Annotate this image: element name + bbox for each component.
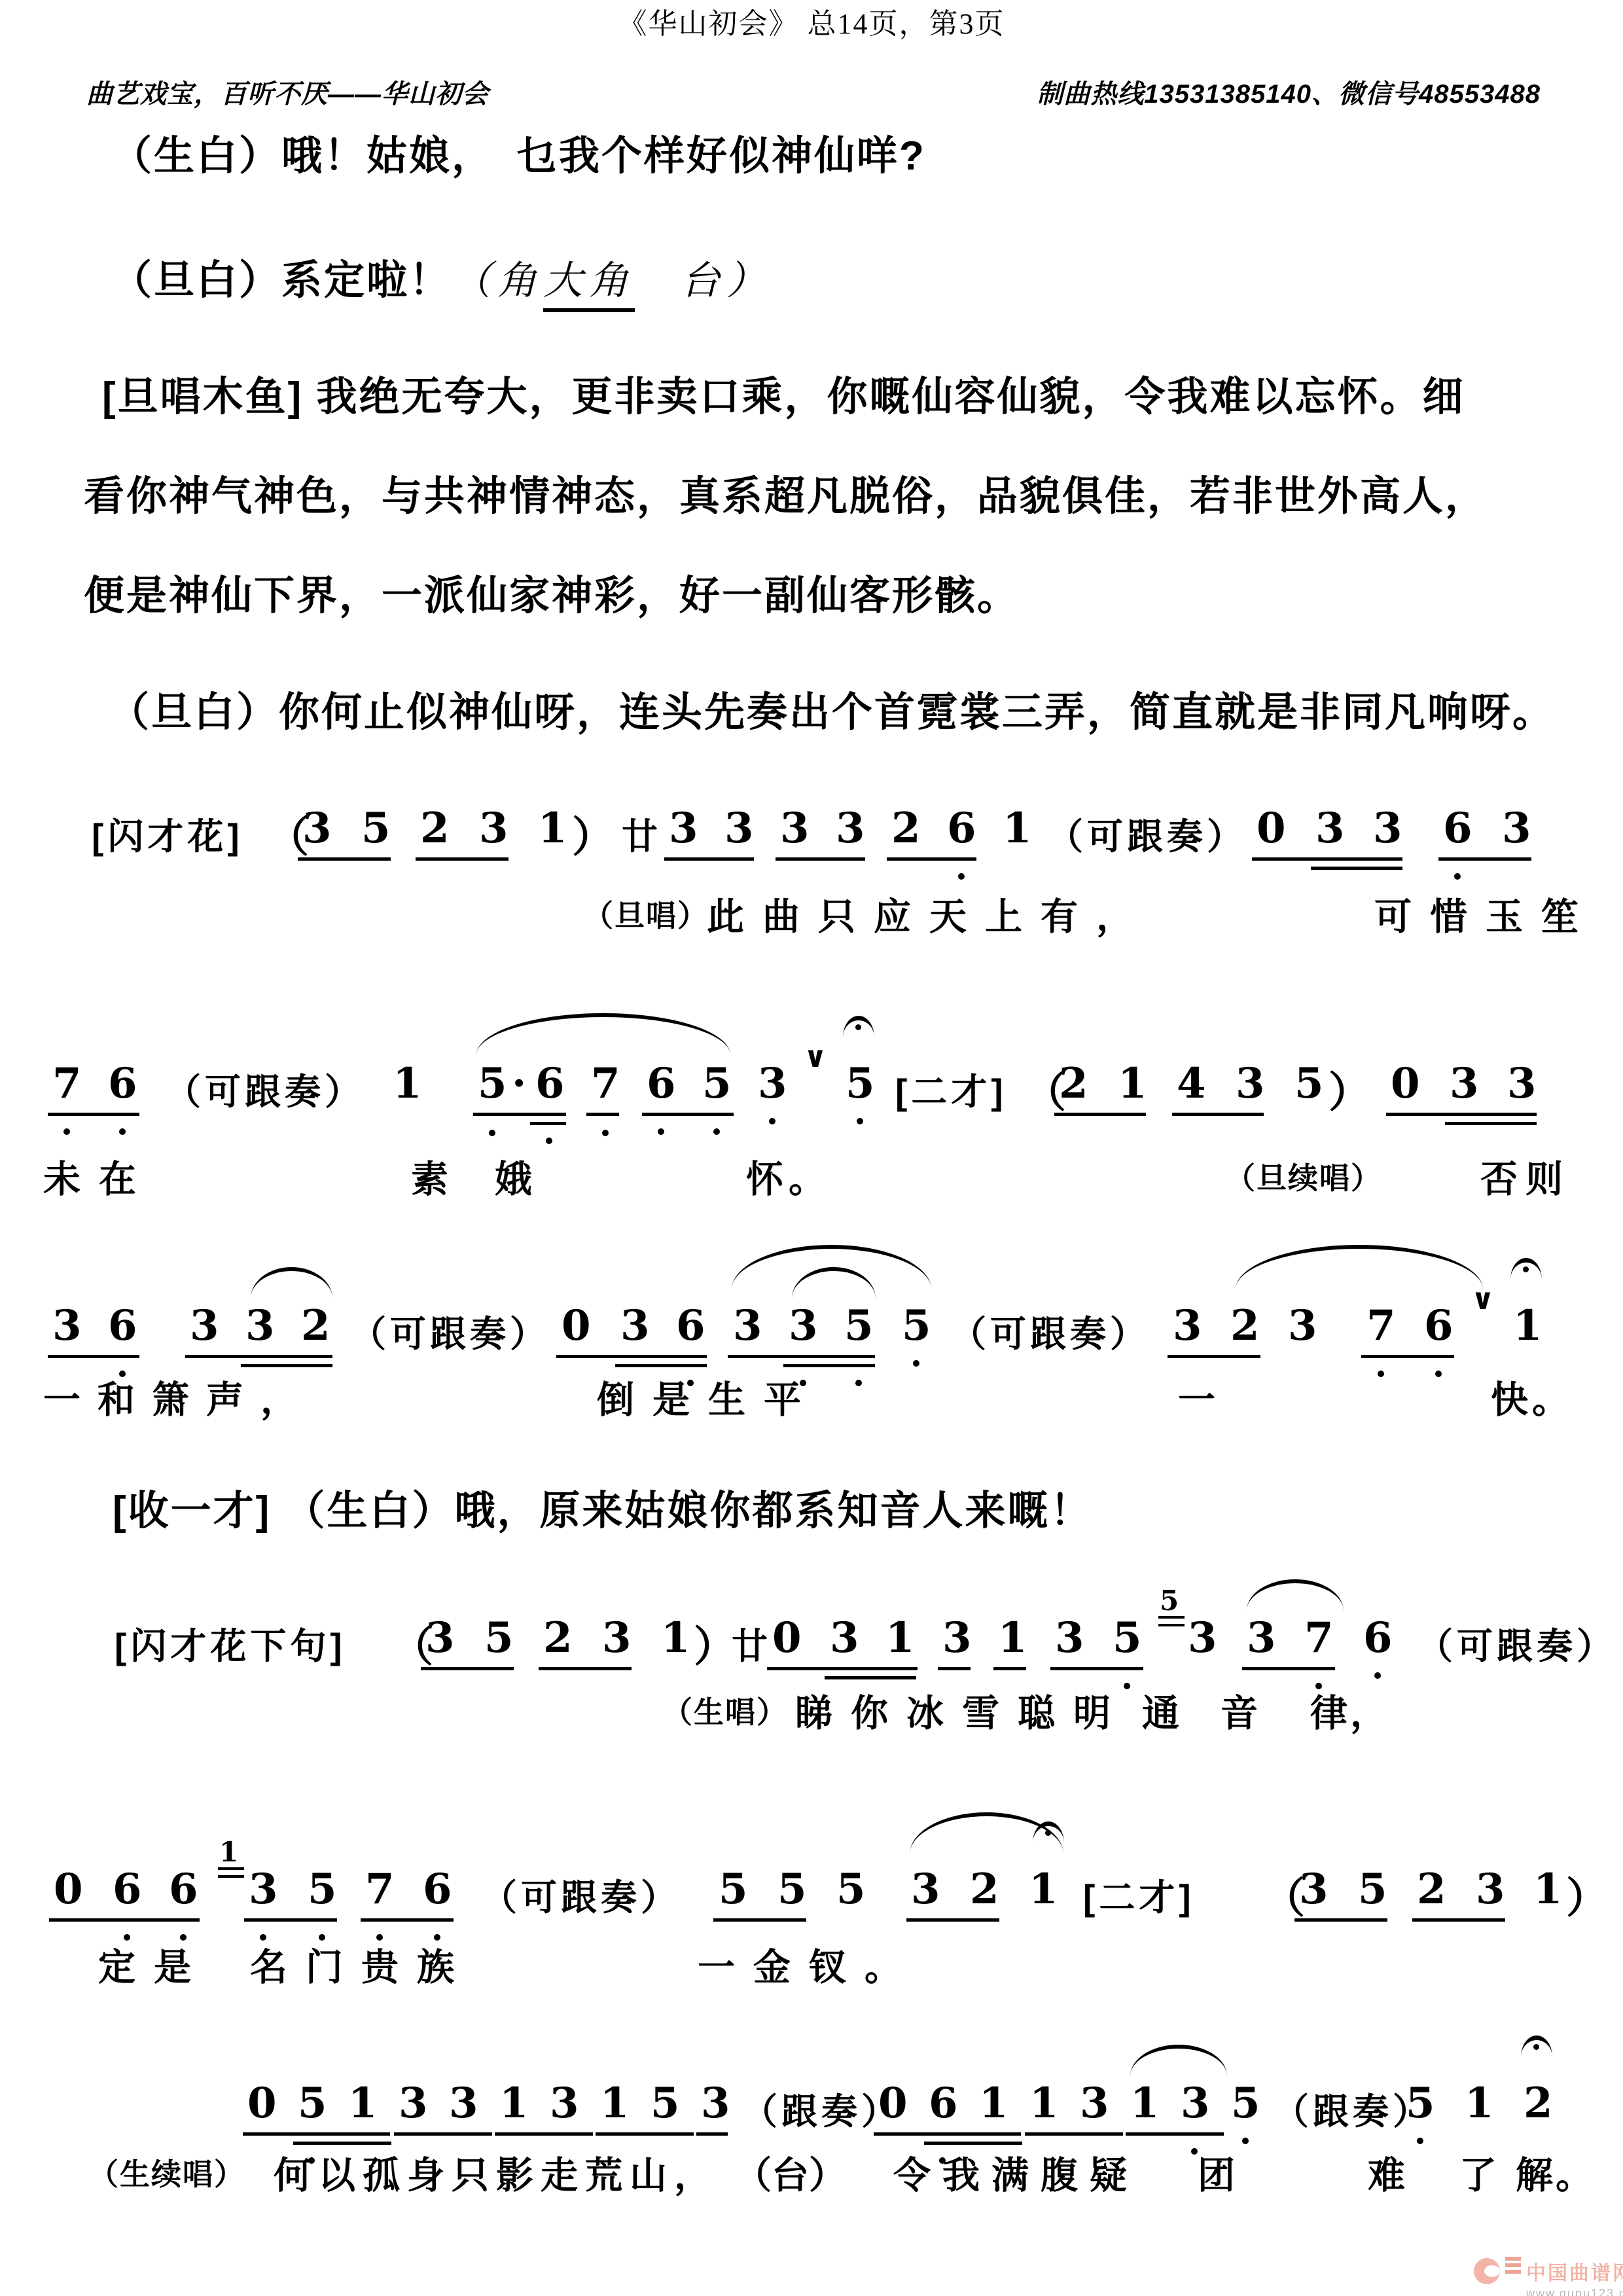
- lyric-text: 团: [1198, 2145, 1235, 2199]
- percussion-script-text: （角: [452, 249, 543, 306]
- octave-dot: [1454, 873, 1461, 880]
- note-digit: 3: [1288, 1301, 1317, 1350]
- note-digit: 0: [1391, 1059, 1420, 1108]
- note-digit: 2: [301, 1301, 330, 1350]
- octave-dot: [1242, 2138, 1249, 2144]
- beam-line: [1386, 1113, 1537, 1116]
- note-digit: 7: [1304, 1613, 1334, 1662]
- note-digit: 3: [52, 1301, 82, 1350]
- lyric-text: （台）: [734, 2145, 846, 2199]
- music-label: 廿: [732, 1617, 772, 1669]
- note-digit: 6: [676, 1301, 705, 1350]
- music-label: （跟奏）: [741, 2083, 901, 2134]
- note-digit: 1: [885, 1613, 915, 1662]
- breath-mark-icon: ∨: [1471, 1283, 1495, 1316]
- note-digit: 3: [620, 1301, 650, 1350]
- note-digit: 6: [1424, 1301, 1454, 1350]
- dialogue-line-3: [旦唱木鱼] 我绝无夸大，更非卖口乘，你嘅仙容仙貌，令我难以忘怀。细: [102, 364, 1465, 422]
- header-left: 曲艺戏宝，百听不厌——华山初会: [86, 73, 489, 111]
- beam-line: [1252, 857, 1402, 861]
- watermark: 中国曲谱网 www.qupu123.com: [1474, 2257, 1623, 2296]
- lyric-role-label: （旦续唱）: [1225, 1155, 1382, 1198]
- lyric-text: 一和箫声，: [43, 1370, 315, 1424]
- note-digit: ）: [1566, 1865, 1608, 1925]
- note-digit: 5: [902, 1301, 931, 1350]
- beam-line: [776, 857, 865, 861]
- octave-dot: [1191, 2148, 1198, 2155]
- note-digit: 5: [836, 1865, 866, 1914]
- music-label: （可跟奏）: [165, 1063, 365, 1115]
- note-digit: 3: [836, 804, 865, 853]
- beam-line: [243, 2132, 390, 2136]
- note-digit: 0: [562, 1301, 591, 1350]
- grace-note: 5: [1160, 1585, 1179, 1617]
- note-digit: 6: [113, 1865, 142, 1914]
- note-digit: 5: [1294, 1059, 1324, 1108]
- note-digit: 2: [891, 804, 921, 853]
- beam-line: [361, 1918, 454, 1922]
- dialogue-text: （生白）哦！姑娘， 乜我个样好似神仙咩?: [111, 123, 926, 181]
- music-label: [二才]: [1083, 1869, 1195, 1920]
- note-digit: 3: [302, 804, 332, 853]
- grace-beam: [218, 1875, 244, 1878]
- note-digit: 3: [1247, 1613, 1276, 1662]
- note-digit: 5: [361, 804, 391, 853]
- dialogue-text: 便是神仙下界，一派仙家神彩，好一副仙客形骸。: [84, 563, 1020, 621]
- note-digit: 1: [393, 1059, 422, 1108]
- dialogue-line-7: [收一才] （生白）哦，原来姑娘你都系知音人来嘅！: [113, 1478, 1093, 1536]
- note-digit: ·: [512, 1059, 526, 1108]
- octave-dot: [602, 1130, 609, 1136]
- beam-line: [664, 857, 754, 861]
- beam-line: [713, 1918, 806, 1922]
- note-digit: 6: [108, 1059, 137, 1108]
- note-digit: 3: [1055, 1613, 1084, 1662]
- note-digit: 3: [1299, 1865, 1329, 1914]
- note-digit: 3: [1507, 1059, 1537, 1108]
- lyric-text: 通: [1142, 1683, 1179, 1737]
- note-digit: 7: [365, 1865, 395, 1914]
- octave-dot: [958, 873, 965, 880]
- beam-line: [642, 1113, 734, 1116]
- note-digit: 3: [249, 1865, 278, 1914]
- note-digit: 5: [478, 1059, 507, 1108]
- note-digit: 5: [651, 2079, 680, 2128]
- note-digit: 5: [1358, 1865, 1387, 1914]
- footer-page-info: 《华山初会》 总14页，第3页: [0, 0, 1623, 42]
- note-digit: 0: [54, 1865, 83, 1914]
- note-digit: 6: [1443, 804, 1472, 853]
- note-digit: 3: [780, 804, 810, 853]
- fermata-dot: [1523, 1266, 1529, 1272]
- note-digit: 2: [1230, 1301, 1260, 1350]
- watermark-url: www.qupu123.com: [1526, 2287, 1623, 2296]
- beam-line: [783, 1364, 875, 1367]
- grace-note: 1: [219, 1836, 238, 1868]
- note-digit: 5: [308, 1865, 337, 1914]
- note-digit: 5: [777, 1865, 807, 1914]
- lyric-text: 律，: [1310, 1683, 1390, 1737]
- lyric-text: 素: [411, 1149, 448, 1203]
- dialogue-text: [旦唱木鱼] 我绝无夸大，更非卖口乘，你嘅仙容仙貌，令我难以忘怀。细: [102, 364, 1465, 422]
- breath-mark-icon: ∨: [804, 1041, 827, 1074]
- note-digit: 1: [1513, 1301, 1543, 1350]
- beam-line: [495, 2132, 593, 2136]
- octave-dot: [63, 1128, 70, 1135]
- lyric-text: 睇你冰雪聪明: [795, 1683, 1129, 1737]
- note-digit: 1: [1029, 1865, 1058, 1914]
- note-digit: 3: [245, 1301, 275, 1350]
- beam-line: [1025, 2132, 1123, 2136]
- note-digit: 0: [772, 1613, 802, 1662]
- beam-line: [244, 1918, 337, 1922]
- note-digit: 3: [758, 1059, 787, 1108]
- slur: [1130, 2045, 1227, 2076]
- music-label: （可跟奏）: [350, 1305, 550, 1357]
- note-digit: 6: [535, 1059, 565, 1108]
- lyric-text: 了: [1459, 2145, 1497, 2199]
- watermark-logo-icon: [1474, 2257, 1521, 2286]
- grace-beam: [218, 1867, 244, 1870]
- beam-line: [1294, 1918, 1387, 1922]
- note-digit: 3: [1236, 1059, 1265, 1108]
- note-digit: 3: [602, 1613, 632, 1662]
- beam-line: [1445, 1122, 1537, 1125]
- note-digit: ）: [1329, 1059, 1370, 1119]
- music-label: （可跟奏）: [481, 1869, 681, 1920]
- note-digit: 1: [1465, 2079, 1494, 2128]
- lyric-role-label: （生唱）: [662, 1689, 788, 1732]
- music-label: [闪才花下句]: [115, 1617, 346, 1669]
- beam-line: [298, 857, 391, 861]
- note-digit: 0: [1257, 804, 1286, 853]
- lyric-text: 名门贵族: [250, 1937, 473, 1991]
- beam-line: [421, 1667, 514, 1670]
- note-digit: 0: [247, 2079, 277, 2128]
- note-digit: 3: [550, 2079, 579, 2128]
- octave-dot: [1435, 1371, 1442, 1377]
- beam-line: [993, 1667, 1026, 1670]
- beam-line: [185, 1355, 332, 1358]
- dialogue-line-4: 看你神气神色，与共神情神态，真系超凡脱俗，品貌俱佳，若非世外高人，: [84, 463, 1488, 522]
- note-digit: 2: [970, 1865, 999, 1914]
- note-digit: 3: [1476, 1865, 1505, 1914]
- dialogue-text: [收一才] （生白）哦，原来姑娘你都系知音人来嘅！: [113, 1478, 1093, 1536]
- slur: [476, 1013, 730, 1055]
- dialogue-text: （旦白）系定啦！: [111, 247, 452, 306]
- beam-line: [1126, 2132, 1224, 2136]
- note-digit: 6: [647, 1059, 676, 1108]
- note-digit: 1: [538, 804, 567, 853]
- note-digit: 2: [1417, 1865, 1446, 1914]
- dialogue-line-5: 便是神仙下界，一派仙家神彩，好一副仙客形骸。: [84, 563, 1020, 621]
- fermata-dot: [855, 1024, 861, 1030]
- fermata-dot: [1045, 1830, 1051, 1836]
- note-digit: 3: [425, 1613, 455, 1662]
- slur: [1247, 1579, 1344, 1611]
- beam-line: [1311, 867, 1402, 870]
- note-digit: 3: [1188, 1613, 1217, 1662]
- beam-line: [615, 1364, 707, 1367]
- octave-dot: [1374, 1672, 1381, 1679]
- octave-dot: [658, 1128, 664, 1135]
- note-digit: 3: [1373, 804, 1402, 853]
- note-digit: 5: [844, 1301, 874, 1350]
- lyric-text: 何以孤身只影走荒山，: [274, 2145, 719, 2199]
- octave-dot: [489, 1130, 495, 1136]
- slur: [1236, 1245, 1483, 1289]
- fermata-dot: [1533, 2044, 1539, 2050]
- beam-line: [728, 1355, 875, 1358]
- dialogue-line-2: （旦白）系定啦！（角大角 台）: [111, 247, 772, 312]
- note-digit: 3: [1080, 2079, 1109, 2128]
- beam-line: [473, 1113, 566, 1116]
- note-digit: 3: [911, 1865, 940, 1914]
- octave-dot: [913, 1360, 919, 1367]
- lyric-text: 一: [1178, 1370, 1215, 1424]
- octave-dot: [713, 1128, 720, 1135]
- note-digit: 6: [1363, 1613, 1393, 1662]
- note-digit: 5: [1231, 2079, 1260, 2128]
- octave-dot: [546, 1138, 552, 1144]
- beam-line: [539, 1667, 632, 1670]
- music-label: 廿: [622, 808, 662, 859]
- note-digit: 2: [420, 804, 450, 853]
- note-digit: 2: [1059, 1059, 1088, 1108]
- note-digit: 5: [846, 1059, 875, 1108]
- note-digit: 7: [1366, 1301, 1396, 1350]
- slur: [732, 1245, 931, 1289]
- beam-line: [416, 857, 508, 861]
- beam-line: [1242, 1667, 1335, 1670]
- note-digit: 4: [1177, 1059, 1206, 1108]
- note-digit: 6: [947, 804, 976, 853]
- percussion-script-text: 大角: [543, 249, 635, 312]
- note-digit: 1: [1130, 2079, 1160, 2128]
- note-digit: 3: [449, 2079, 478, 2128]
- note-digit: 3: [1173, 1301, 1202, 1350]
- lyric-role-label: （生续唱）: [88, 2151, 245, 2194]
- beam-line: [696, 2132, 728, 2136]
- dialogue-text: 看你神气神色，与共神情神态，真系超凡脱俗，品貌俱佳，若非世外高人，: [84, 463, 1488, 522]
- lyric-text: 此曲只应天上有，: [707, 887, 1152, 941]
- note-digit: 3: [789, 1301, 818, 1350]
- percussion-script-text: 台）: [635, 249, 772, 306]
- note-digit: 5: [702, 1059, 732, 1108]
- music-label: （可跟奏）: [1047, 808, 1247, 859]
- note-digit: 3: [724, 804, 754, 853]
- beam-line: [293, 2142, 391, 2145]
- note-digit: 6: [929, 2079, 958, 2128]
- lyric-text: 音: [1221, 1683, 1258, 1737]
- music-label: （可跟奏）: [950, 1305, 1150, 1357]
- note-digit: 1: [661, 1613, 690, 1662]
- lyric-text: 娥: [495, 1149, 532, 1203]
- beam-line: [1412, 1918, 1505, 1922]
- dialogue-text: （旦白）你何止似神仙呀，连头先奏出个首霓裳三弄，简直就是非同凡响呀。: [109, 679, 1555, 738]
- note-digit: 1: [1029, 2079, 1059, 2128]
- grace-beam: [1158, 1624, 1185, 1626]
- octave-dot: [855, 1380, 862, 1386]
- grace-beam: [1158, 1616, 1185, 1619]
- lyric-text: 难: [1368, 2145, 1405, 2199]
- note-digit: 5: [484, 1613, 514, 1662]
- note-digit: 6: [108, 1301, 137, 1350]
- note-digit: 3: [1502, 804, 1531, 853]
- lyric-text: 一金钗。: [698, 1937, 920, 1991]
- note-digit: 2: [543, 1613, 573, 1662]
- beam-line: [1361, 1355, 1454, 1358]
- lyric-text: 快。: [1491, 1370, 1573, 1424]
- note-digit: 3: [1450, 1059, 1479, 1108]
- lyric-text: 未在: [43, 1149, 154, 1203]
- note-digit: 2: [1524, 2079, 1553, 2128]
- beam-line: [825, 1676, 916, 1679]
- note-digit: 1: [348, 2079, 378, 2128]
- slur: [251, 1267, 332, 1299]
- note-digit: 7: [52, 1059, 82, 1108]
- note-digit: 3: [942, 1613, 972, 1662]
- music-label: [闪才花]: [92, 808, 243, 859]
- beam-line: [586, 1113, 619, 1116]
- beam-line: [394, 2132, 492, 2136]
- note-digit: 6: [423, 1865, 452, 1914]
- beam-line: [887, 857, 976, 861]
- note-digit: 3: [399, 2079, 428, 2128]
- note-digit: 1: [979, 2079, 1008, 2128]
- beam-line: [938, 1667, 971, 1670]
- beam-line: [1168, 1355, 1260, 1358]
- note-digit: 3: [1315, 804, 1345, 853]
- note-digit: 6: [169, 1865, 198, 1914]
- beam-line: [1172, 1113, 1264, 1116]
- note-digit: 3: [701, 2079, 730, 2128]
- note-digit: 5: [719, 1865, 748, 1914]
- beam-line: [874, 2132, 1021, 2136]
- octave-dot: [769, 1118, 776, 1124]
- music-label: （可跟奏）: [1417, 1617, 1616, 1669]
- music-label: [二才]: [895, 1063, 1007, 1115]
- beam-line: [596, 2132, 694, 2136]
- note-digit: ）: [572, 804, 614, 864]
- octave-dot: [1417, 2138, 1423, 2144]
- beam-line: [906, 1918, 999, 1922]
- note-digit: 3: [830, 1613, 859, 1662]
- note-digit: 5: [298, 2079, 327, 2128]
- lyric-role-label: （旦唱）: [583, 892, 709, 935]
- beam-line: [767, 1667, 918, 1670]
- beam-line: [924, 2142, 1022, 2145]
- dialogue-line-1: （生白）哦！姑娘， 乜我个样好似神仙咩?: [111, 123, 926, 181]
- octave-dot: [1378, 1371, 1384, 1377]
- note-digit: 1: [499, 2079, 529, 2128]
- watermark-title: 中国曲谱网: [1526, 2257, 1623, 2286]
- note-digit: 3: [1181, 2079, 1210, 2128]
- note-digit: ）: [694, 1613, 736, 1674]
- note-digit: 3: [669, 804, 698, 853]
- note-digit: 3: [190, 1301, 219, 1350]
- beam-line: [48, 1113, 139, 1116]
- note-digit: 1: [600, 2079, 630, 2128]
- lyric-text: 否则: [1480, 1149, 1571, 1203]
- note-digit: 1: [1118, 1059, 1147, 1108]
- lyric-text: 定是: [98, 1937, 209, 1991]
- beam-line: [49, 1918, 200, 1922]
- lyric-text: 解。: [1516, 2145, 1596, 2199]
- beam-line: [1050, 1667, 1143, 1670]
- note-digit: 5: [1113, 1613, 1142, 1662]
- note-digit: 0: [878, 2079, 908, 2128]
- note-digit: 1: [1533, 1865, 1563, 1914]
- note-digit: 5: [1406, 2079, 1435, 2128]
- note-digit: 3: [479, 804, 508, 853]
- beam-line: [556, 1355, 707, 1358]
- note-digit: 3: [733, 1301, 762, 1350]
- beam-line: [48, 1355, 139, 1358]
- note-digit: 7: [591, 1059, 620, 1108]
- beam-line: [1054, 1113, 1146, 1116]
- lyric-text: 倒是生平: [597, 1370, 819, 1424]
- beam-line: [241, 1364, 332, 1367]
- note-digit: 1: [998, 1613, 1027, 1662]
- lyric-text: 令我满腹疑: [893, 2145, 1139, 2199]
- header-right: 制曲热线13531385140、微信号48553488: [1037, 73, 1541, 111]
- dialogue-line-6: （旦白）你何止似神仙呀，连头先奏出个首霓裳三弄，简直就是非同凡响呀。: [109, 679, 1555, 738]
- octave-dot: [119, 1128, 126, 1135]
- score-page: 曲艺戏宝，百听不厌——华山初会 制曲热线13531385140、微信号48553…: [0, 0, 1623, 2296]
- beam-line: [1438, 857, 1531, 861]
- beam-line: [530, 1122, 566, 1125]
- lyric-text: 怀。: [746, 1149, 831, 1203]
- note-digit: 1: [1003, 804, 1032, 853]
- octave-dot: [857, 1118, 863, 1124]
- lyric-text: 可惜玉笙: [1374, 887, 1597, 941]
